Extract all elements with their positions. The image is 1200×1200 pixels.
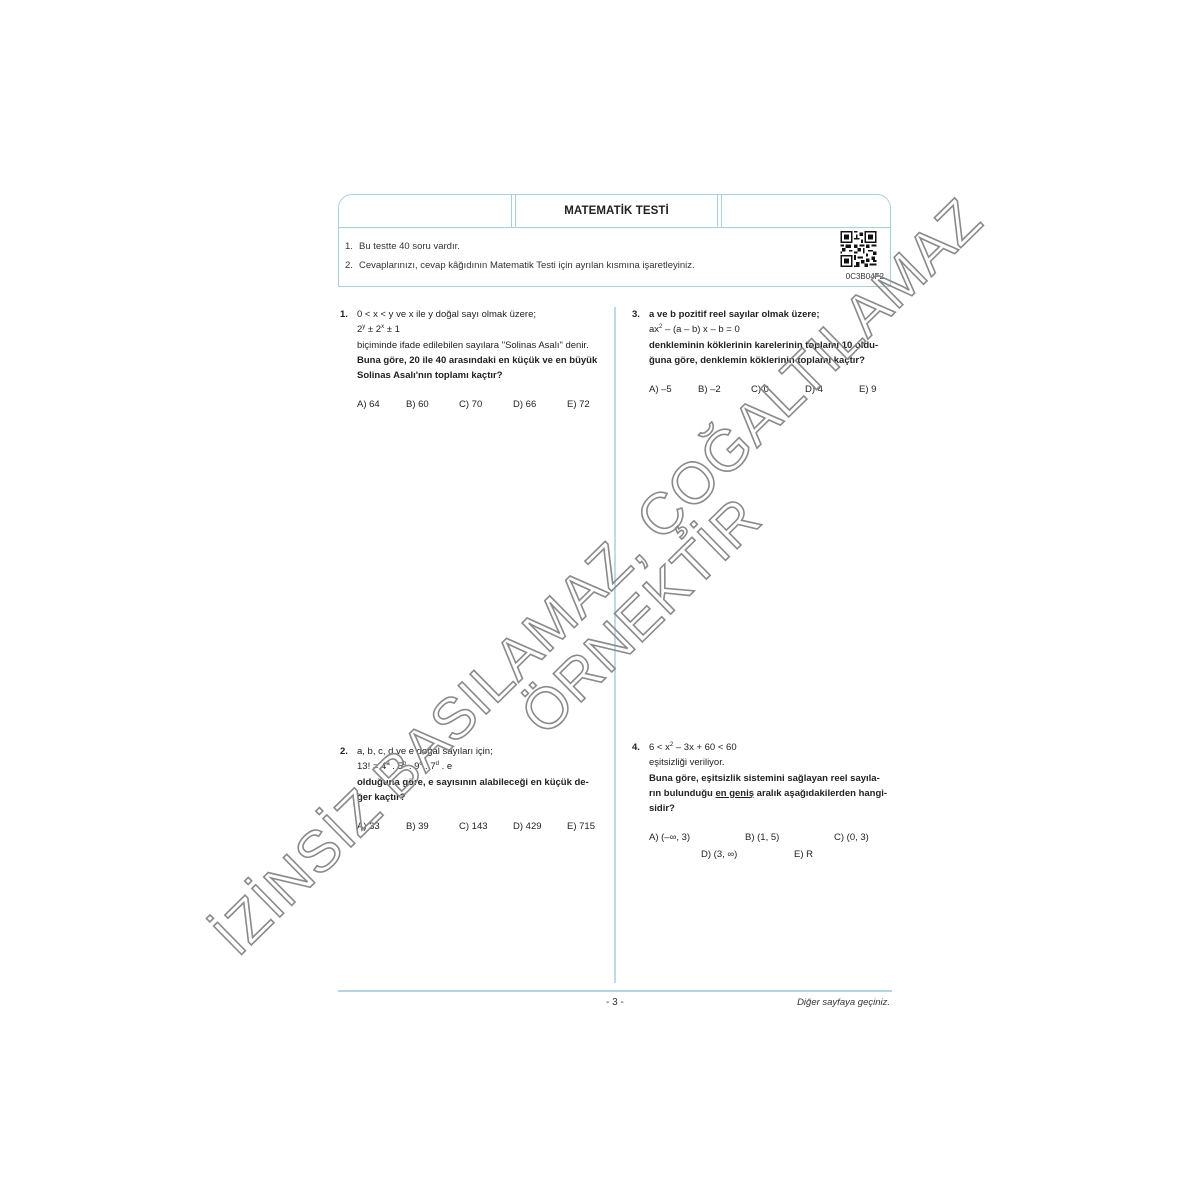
question-number: 1. [340,307,348,322]
option-c[interactable]: C) 0 [751,382,769,397]
question-prompt-line-1: olduğuna göre, e sayısının alabileceği e… [357,775,602,790]
footer-divider [338,990,892,992]
question-prompt-line-1: denkleminin köklerinin karelerinin topla… [649,338,894,353]
question-prompt-line-2: rın bulunduğu en geniş aralık aşağıdakil… [649,786,894,801]
answer-options: A) 64 B) 60 C) 70 D) 66 E) 72 [357,397,602,412]
option-e[interactable]: E) R [794,847,813,862]
question-prompt-line-2: ğuna göre, denklemin köklerinin toplamı … [649,353,894,368]
instruction-number: 1. [345,241,359,252]
option-d[interactable]: D) (3, ∞) [701,847,737,862]
option-b[interactable]: B) –2 [698,382,721,397]
option-a[interactable]: A) –5 [649,382,672,397]
question-text: a, b, c, d ve e doğal sayıları için; [357,744,602,759]
question-text: biçiminde ifade edilebilen sayılara "Sol… [357,338,602,353]
question-text: eşitsizliği veriliyor. [649,755,894,770]
instruction-text: Bu testte 40 soru vardır. [359,241,460,252]
watermark-line-2: ÖRNEKTİR [508,484,774,747]
next-page-note: Diğer sayfaya geçiniz. [797,997,890,1008]
question-formula: ax2 – (a – b) x – b = 0 [649,322,894,337]
option-a[interactable]: A) 33 [357,819,380,834]
option-d[interactable]: D) 429 [513,819,542,834]
answer-options: A) –5 B) –2 C) 0 D) 4 E) 9 [649,382,894,397]
question-intro: a ve b pozitif reel sayılar olmak üzere; [649,307,894,322]
answer-options: A) (–∞, 3) B) (1, 5) C) (0, 3) D) (3, ∞)… [649,830,894,864]
question-prompt-line-1: Buna göre, eşitsizlik sistemini sağlayan… [649,771,894,786]
question-prompt-line-2: ğer kaçtır? [357,790,602,805]
test-header: MATEMATİK TESTİ 1.Bu testte 40 soru vard… [338,194,891,287]
option-e[interactable]: E) 72 [567,397,590,412]
underlined-emphasis: en geniş [715,788,754,799]
question-formula: 13! = 4a . 5b . 9c . 7d . e [357,759,602,774]
answer-options: A) 33 B) 39 C) 143 D) 429 E) 715 [357,819,602,834]
option-b[interactable]: B) (1, 5) [745,830,779,845]
question-prompt: Buna göre, 20 ile 40 arasındaki en küçük… [357,353,602,384]
header-top-row: MATEMATİK TESTİ [339,195,890,228]
option-c[interactable]: C) (0, 3) [834,830,869,845]
question-1: 1. 0 < x < y ve x ile y doğal sayı olmak… [340,307,602,412]
option-b[interactable]: B) 39 [406,819,429,834]
test-title: MATEMATİK TESTİ [564,205,669,217]
question-number: 2. [340,744,348,759]
option-b[interactable]: B) 60 [406,397,429,412]
option-a[interactable]: A) 64 [357,397,380,412]
column-divider [614,307,616,983]
option-c[interactable]: C) 70 [459,397,482,412]
option-e[interactable]: E) 9 [859,382,876,397]
instruction-number: 2. [345,260,359,271]
option-e[interactable]: E) 715 [567,819,595,834]
question-2: 2. a, b, c, d ve e doğal sayıları için; … [340,744,602,834]
header-cell-title: MATEMATİK TESTİ [515,195,718,227]
question-prompt-line-3: sidir? [649,801,894,816]
instruction-2: 2.Cevaplarınızı, cevap kâğıdının Matemat… [345,260,695,271]
question-3: 3. a ve b pozitif reel sayılar olmak üze… [632,307,894,397]
question-number: 4. [632,740,640,755]
option-d[interactable]: D) 66 [513,397,536,412]
instruction-1: 1.Bu testte 40 soru vardır. [345,241,460,252]
question-formula: 6 < x2 – 3x + 60 < 60 [649,740,894,755]
header-cell-right [721,195,891,227]
page-number: - 3 - [606,997,624,1008]
question-number: 3. [632,307,640,322]
instruction-text: Cevaplarınızı, cevap kâğıdının Matematik… [359,260,695,271]
option-a[interactable]: A) (–∞, 3) [649,830,690,845]
header-cell-left [339,195,512,227]
qr-code-label: 0C3B04F2 [846,272,884,281]
option-d[interactable]: D) 4 [805,382,823,397]
question-text: 0 < x < y ve x ile y doğal sayı olmak üz… [357,307,602,322]
qr-code-icon[interactable] [838,231,879,267]
option-c[interactable]: C) 143 [459,819,488,834]
question-formula: 2y ± 2x ± 1 [357,322,602,337]
question-4: 4. 6 < x2 – 3x + 60 < 60 eşitsizliği ver… [632,740,894,864]
